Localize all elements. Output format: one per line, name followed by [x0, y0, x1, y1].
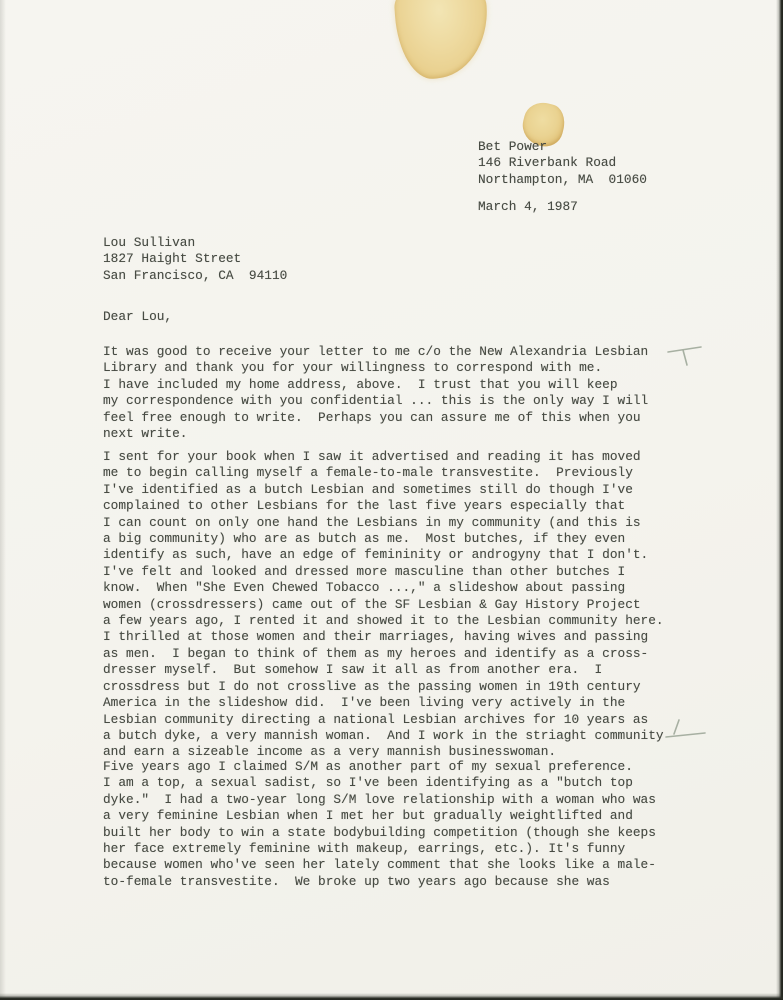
salutation: Dear Lou,	[103, 309, 172, 325]
paragraph-3: Five years ago I claimed S/M as another …	[103, 759, 656, 890]
paragraph-2: I sent for your book when I saw it adver…	[103, 449, 664, 761]
sender-address-block: Bet Power 146 Riverbank Road Northampton…	[478, 139, 647, 188]
date-line: March 4, 1987	[478, 199, 578, 215]
pencil-mark-perpendicular-icon	[666, 720, 705, 737]
paper-edge-left	[0, 0, 6, 1000]
paragraph-1: It was good to receive your letter to me…	[103, 344, 648, 442]
letter-scan-page: Bet Power 146 Riverbank Road Northampton…	[0, 0, 783, 1000]
paper-edge-right	[776, 0, 783, 1000]
paper-stain-top	[393, 0, 492, 81]
pencil-mark-t-icon	[668, 347, 701, 365]
recipient-address-block: Lou Sullivan 1827 Haight Street San Fran…	[103, 235, 287, 284]
paper-edge-bottom	[0, 993, 783, 1000]
